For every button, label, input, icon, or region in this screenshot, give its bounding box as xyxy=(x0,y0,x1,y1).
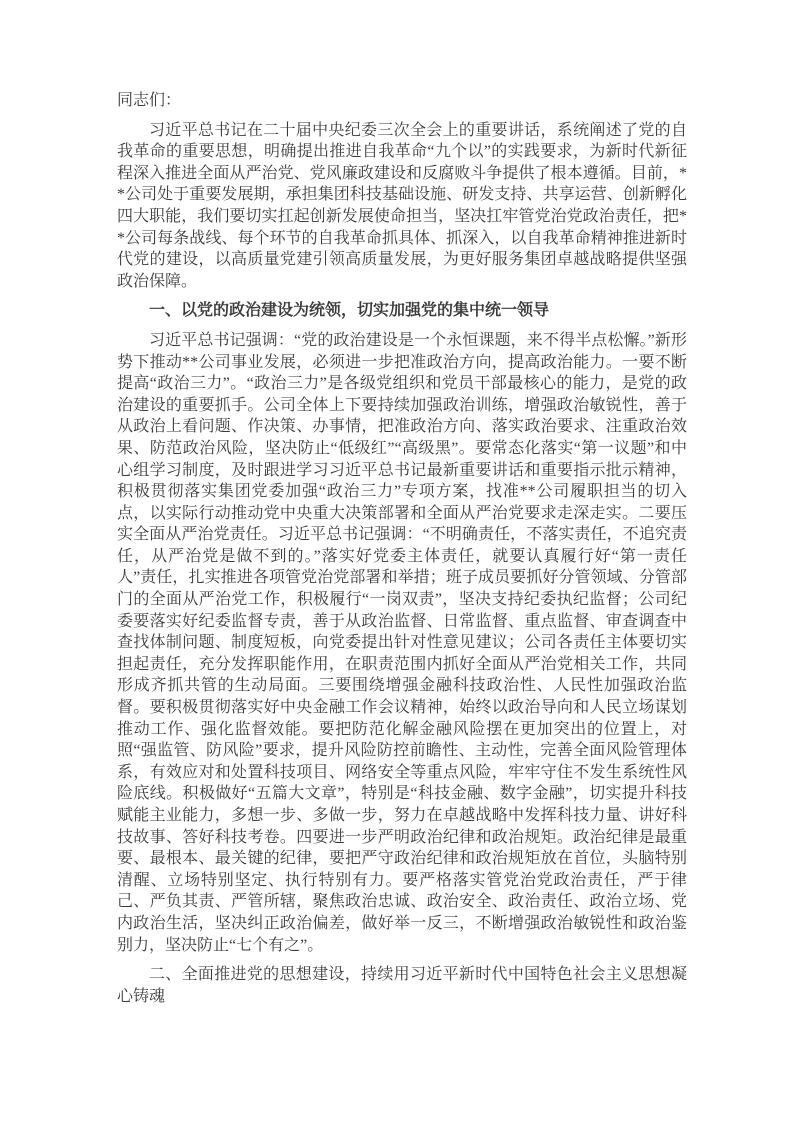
document-page: 同志们： 习近平总书记在二十届中央纪委三次全会上的重要讲话，系统阐述了党的自我革… xyxy=(0,0,793,1122)
body-paragraph-section-1: 习近平总书记强调：“党的政治建设是一个永恒课题，来不得半点松懈。”新形势下推动*… xyxy=(117,330,687,956)
section-heading-2: 二、全面推进党的思想建设，持续用习近平新时代中国特色社会主义思想凝心铸魂 xyxy=(117,964,687,1007)
section-heading-1: 一、以党的政治建设为统领，切实加强党的集中统一领导 xyxy=(117,300,687,322)
intro-paragraph: 习近平总书记在二十届中央纪委三次全会上的重要讲话，系统阐述了党的自我革命的重要思… xyxy=(117,120,687,293)
greeting-line: 同志们： xyxy=(117,90,687,112)
